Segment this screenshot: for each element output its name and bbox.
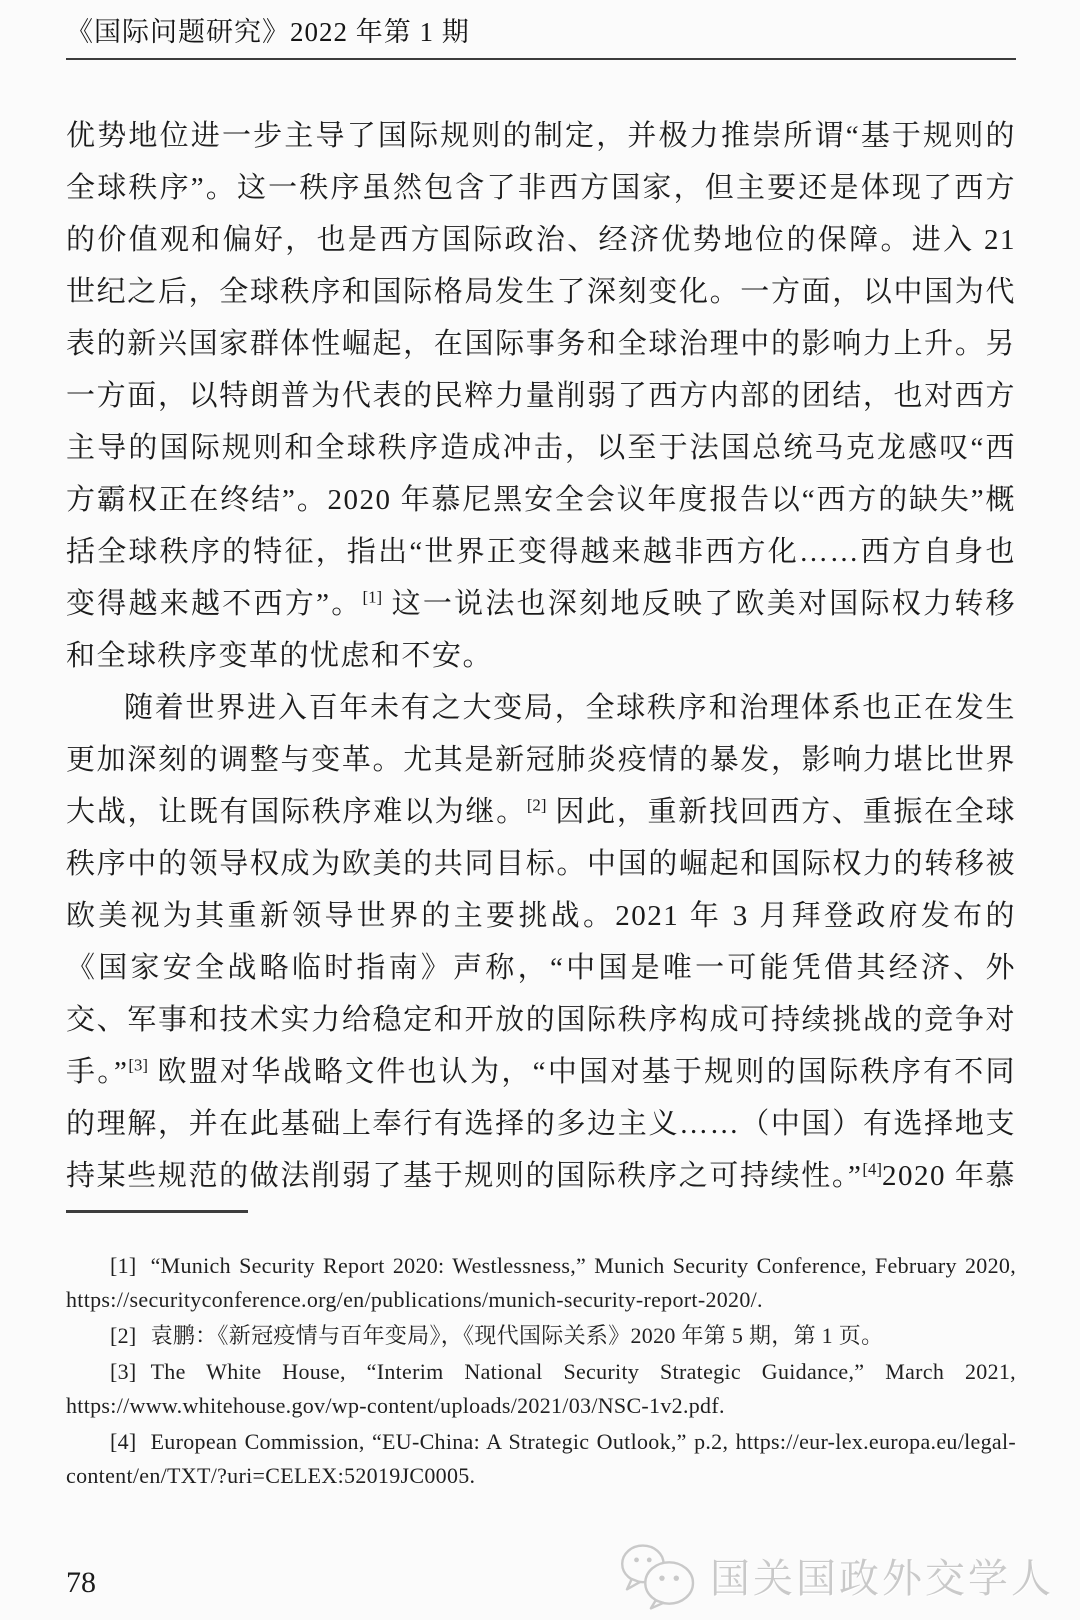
- article-body: 优势地位进一步主导了国际规则的制定，并极力推崇所谓“基于规则的全球秩序”。这一秩…: [66, 110, 1016, 1210]
- wechat-bubbles-icon: [614, 1540, 702, 1610]
- footnote: [4]European Commission, “EU-China: A Str…: [66, 1425, 1016, 1493]
- footnote: [2]袁鹏：《新冠疫情与百年变局》，《现代国际关系》2020 年第 5 期，第 …: [66, 1319, 1016, 1353]
- journal-page: 《国际问题研究》2022 年第 1 期 优势地位进一步主导了国际规则的制定，并极…: [0, 0, 1080, 1620]
- footnote-ref: [2]: [527, 795, 547, 814]
- footnote-divider: [66, 1210, 248, 1213]
- footnote-marker: [1]: [110, 1253, 137, 1278]
- footnote-marker: [3]: [110, 1359, 137, 1384]
- page-header: 《国际问题研究》2022 年第 1 期: [0, 0, 1080, 49]
- footnote-ref: [1]: [362, 587, 382, 606]
- footnote-marker: [2]: [110, 1323, 137, 1348]
- footnote-ref: [3]: [128, 1055, 148, 1074]
- footnotes-section: [1]“Munich Security Report 2020: Westles…: [66, 1249, 1016, 1499]
- footnote: [3]The White House, “Interim National Se…: [66, 1355, 1016, 1423]
- article-paragraph: 优势地位进一步主导了国际规则的制定，并极力推崇所谓“基于规则的全球秩序”。这一秩…: [66, 110, 1016, 682]
- watermark: 国关国政外交学人: [614, 1540, 1054, 1610]
- header-divider: [66, 58, 1016, 60]
- article-paragraph: 随着世界进入百年未有之大变局，全球秩序和治理体系也正在发生更加深刻的调整与变革。…: [66, 682, 1016, 1210]
- journal-title: 《国际问题研究》2022 年第 1 期: [66, 17, 470, 47]
- footnote: [1]“Munich Security Report 2020: Westles…: [66, 1249, 1016, 1317]
- watermark-text: 国关国政外交学人: [710, 1547, 1054, 1604]
- footnote-marker: [4]: [110, 1429, 137, 1454]
- page-number: 78: [66, 1566, 96, 1600]
- footnote-ref: [4]: [862, 1159, 882, 1178]
